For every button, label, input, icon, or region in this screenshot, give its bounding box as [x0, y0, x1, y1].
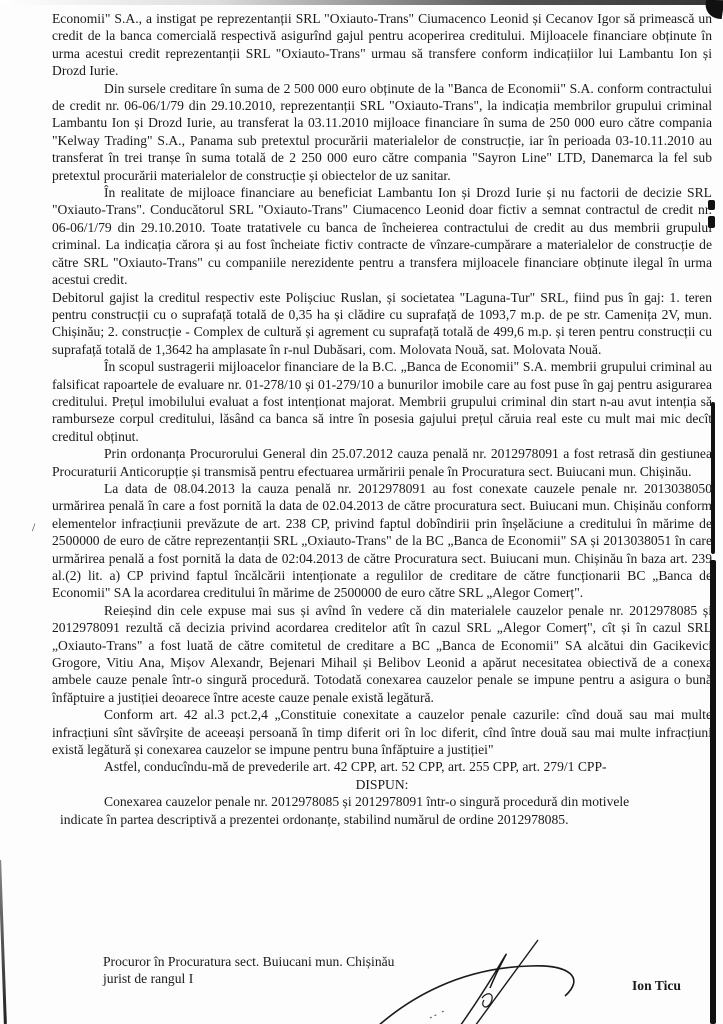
paragraph-7: La data de 08.04.2013 la cauza penală nr… [52, 480, 712, 602]
paragraph-1: Economii" S.A., a instigat pe reprezenta… [52, 10, 712, 80]
signer-name: Ion Ticu [632, 978, 681, 994]
resolution-line-1: Conexarea cauzelor penale nr. 2012978085… [52, 793, 712, 810]
scan-left-line [0, 860, 7, 1024]
paragraph-6: Prin ordonanța Procurorului General din … [52, 445, 712, 480]
paragraph-5: În scopul sustragerii mijloacelor financ… [52, 358, 712, 445]
scan-top-edge [0, 0, 723, 5]
paragraph-4: Debitorul gajist la creditul respectiv e… [52, 289, 712, 359]
paragraph-8: Reieșind din cele expuse mai sus și avîn… [52, 602, 712, 706]
resolution-line-2: indicate în partea descriptivă a prezent… [60, 811, 712, 828]
handwritten-signature-icon [370, 938, 590, 1024]
dispun-heading: DISPUN: [52, 776, 712, 793]
paragraph-9: Conform art. 42 al.3 pct.2,4 „Constituie… [52, 706, 712, 758]
paragraph-10: Astfel, conducîndu-mă de prevederile art… [52, 758, 712, 775]
paragraph-3: În realitate de mijloace financiare au b… [52, 184, 712, 288]
paragraph-2: Din sursele creditare în suma de 2 500 0… [52, 80, 712, 184]
stray-pen-mark: / [32, 520, 35, 535]
document-body: Economii" S.A., a instigat pe reprezenta… [52, 10, 712, 828]
